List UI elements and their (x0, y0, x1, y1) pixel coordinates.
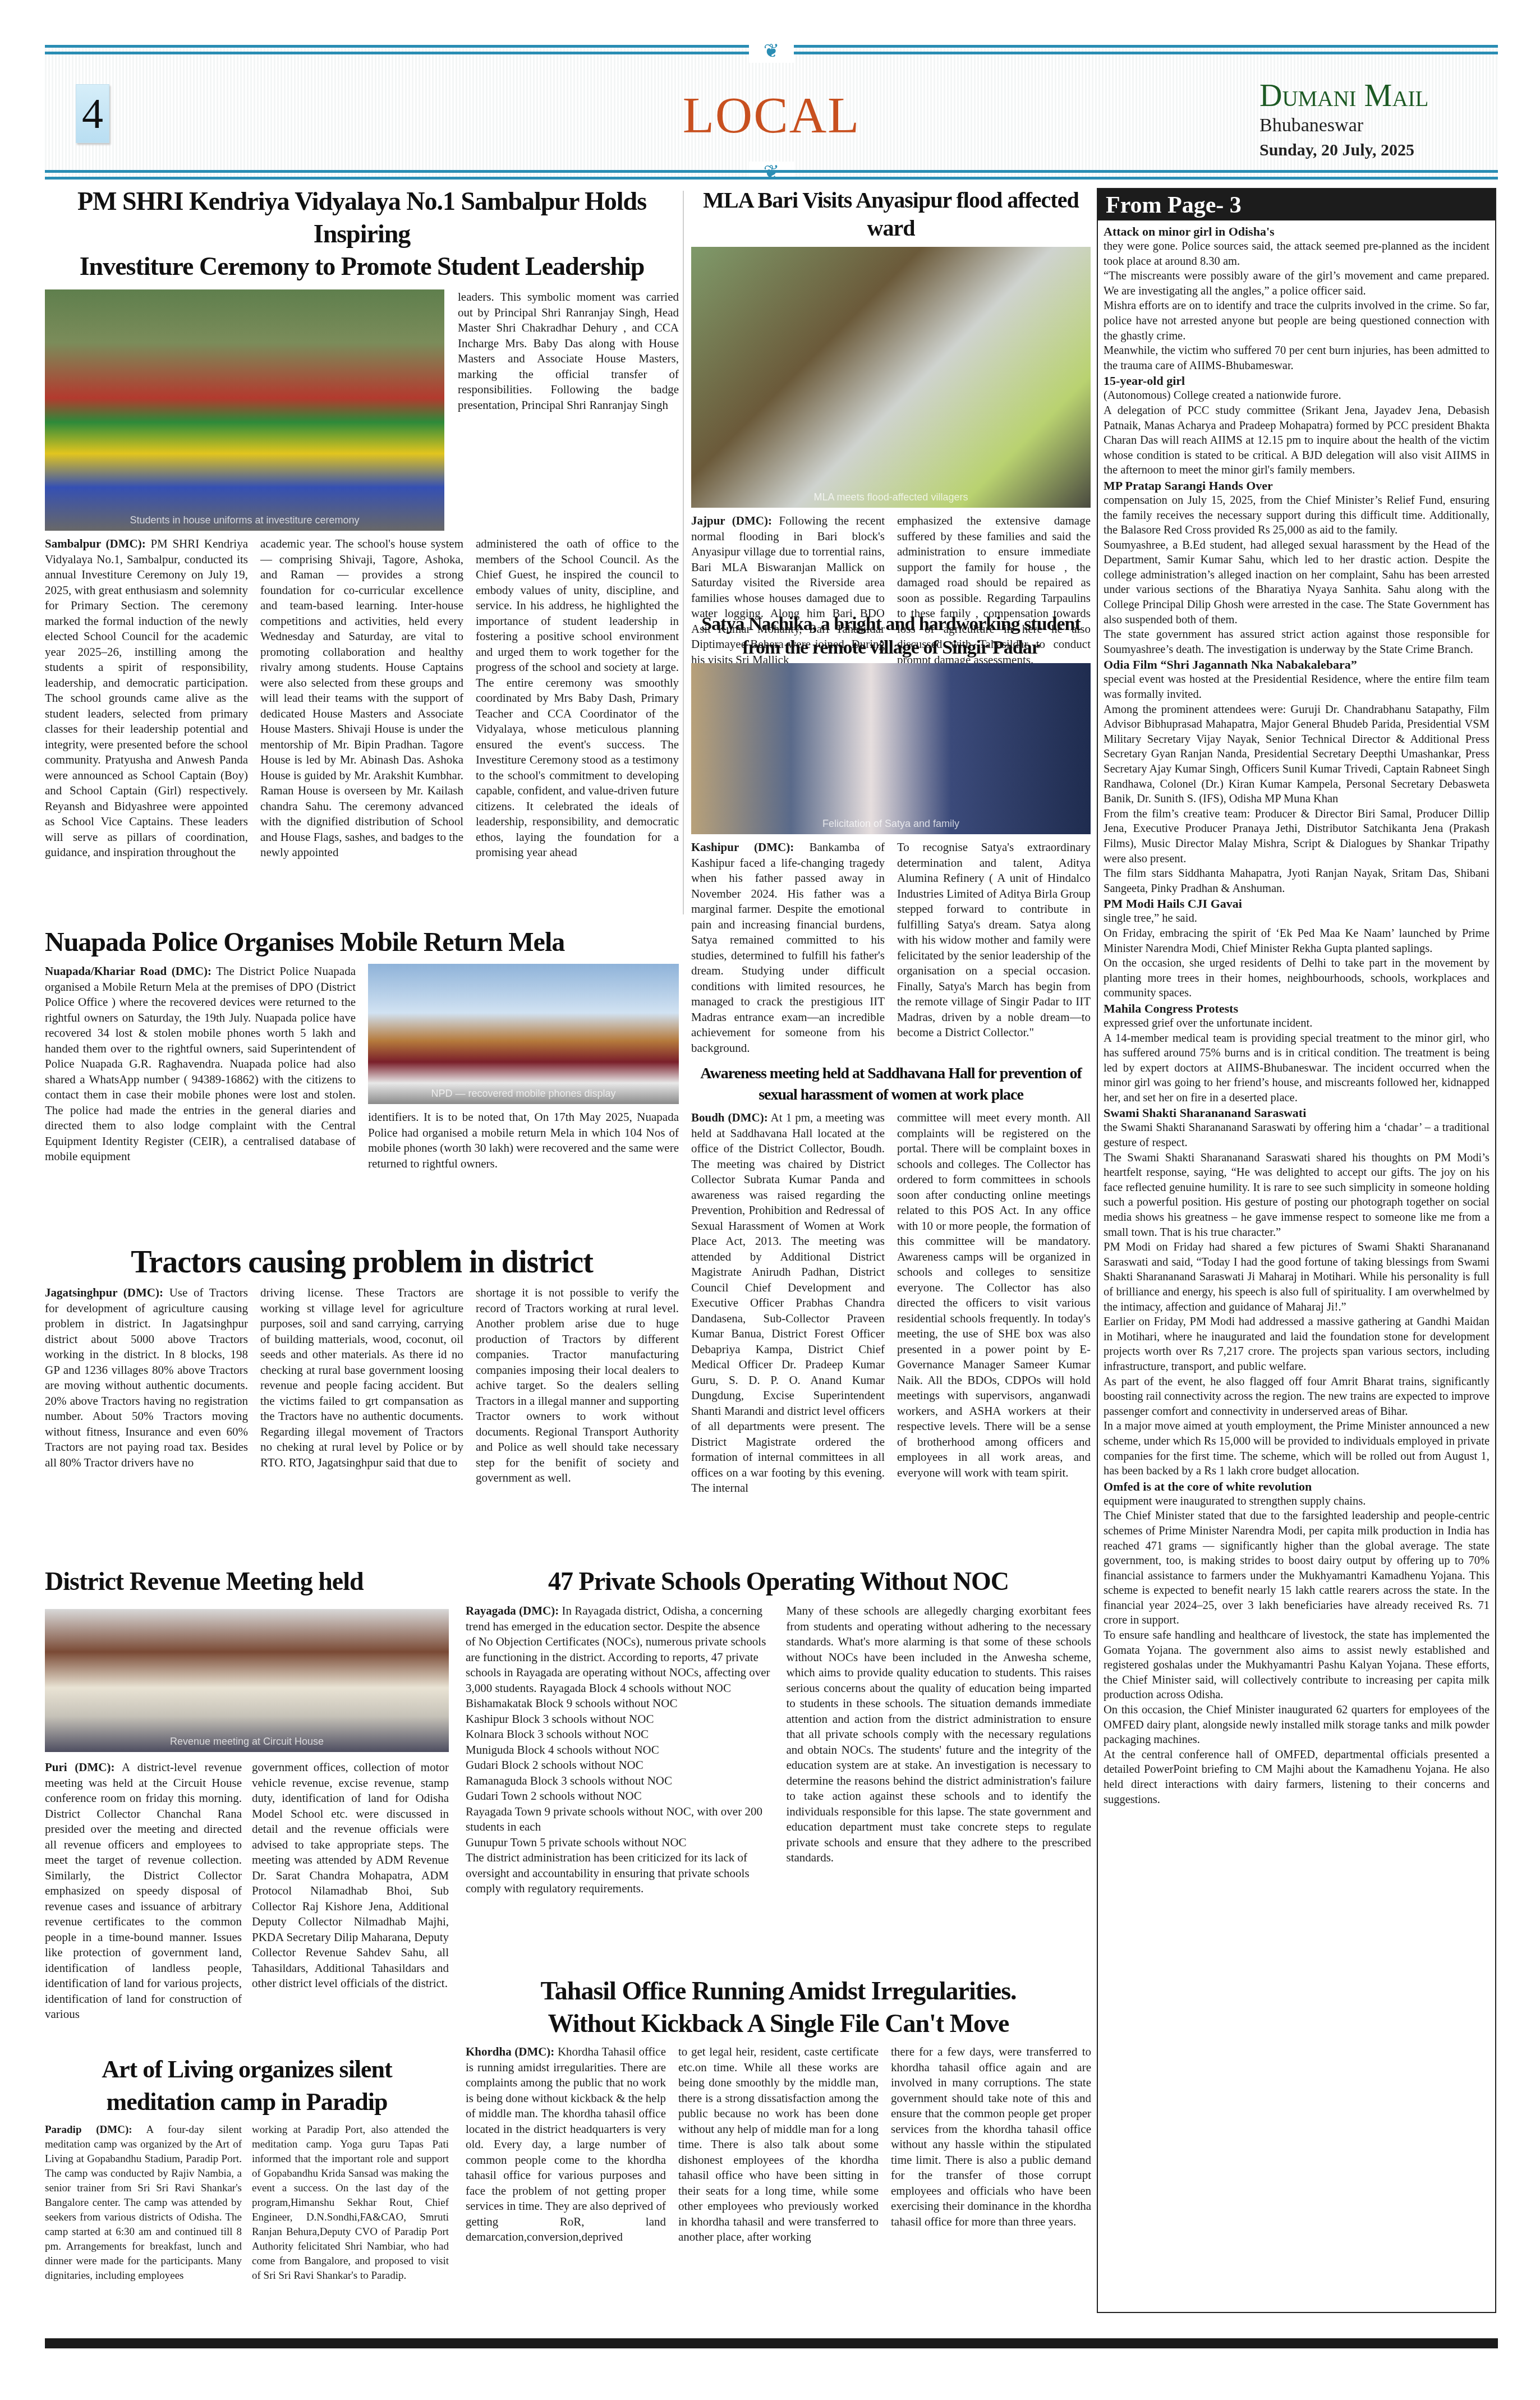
article-column: leaders. This symbolic moment was carrie… (458, 289, 679, 531)
column-divider (683, 191, 684, 914)
article-column: Kashipur (DMC): Bankamba of Kashipur fac… (691, 840, 885, 1056)
body-text: The District Police Nuapada organised a … (45, 964, 356, 1163)
sidebar-paragraph: compensation on July 15, 2025, from the … (1104, 493, 1490, 538)
body-text: In Rayagada district, Odisha, a concerni… (466, 1604, 770, 1710)
article-satya: Satya Nachika, a bright and hardworking … (691, 613, 1091, 1056)
block-list-item: Kolnara Block 3 schools without NOC (466, 1727, 771, 1742)
photo-felicitation: Felicitation of Satya and family (691, 663, 1091, 834)
article-column: government offices, collection of motor … (252, 1760, 449, 2022)
article-column: Sambalpur (DMC): PM SHRI Kendriya Vidyal… (45, 536, 248, 861)
sidebar-paragraph: Earlier on Friday, PM Modi had addressed… (1104, 1314, 1490, 1374)
photo-investiture: Students in house uniforms at investitur… (45, 289, 444, 531)
sidebar-section: Omfed is at the core of white revolution… (1104, 1479, 1490, 1807)
article-column: academic year. The school's house system… (260, 536, 463, 861)
sidebar-paragraph: special event was hosted at the Presiden… (1104, 672, 1490, 702)
bottom-rule (45, 170, 1498, 173)
photo-mobile-mela: NPD — recovered mobile phones display (368, 964, 679, 1104)
article-revenue: District Revenue Meeting held Revenue me… (45, 1565, 449, 2022)
sidebar-paragraph: PM Modi on Friday had shared a few pictu… (1104, 1240, 1490, 1314)
dateline: Khordha (DMC): (466, 2045, 554, 2058)
sidebar-paragraph: they were gone. Police sources said, the… (1104, 239, 1490, 269)
article-column: Nuapada/Khariar Road (DMC): The District… (45, 964, 356, 1171)
sidebar-section: Mahila Congress Protestsexpressed grief … (1104, 1001, 1490, 1106)
headline: MLA Bari Visits Anyasipur flood affected… (691, 186, 1091, 242)
photo-caption: NPD — recovered mobile phones display (368, 1088, 679, 1100)
headline-line: Awareness meeting held at Saddhavana Hal… (700, 1065, 1081, 1082)
block-list-item: Kashipur Block 3 schools without NOC (466, 1712, 771, 1727)
article-column: Khordha (DMC): Khordha Tahasil office is… (466, 2044, 666, 2245)
dateline: Jajpur (DMC): (691, 514, 772, 527)
article-column: there for a few days, were transferred t… (891, 2044, 1091, 2245)
block-list-item: Muniguda Block 4 schools without NOC (466, 1742, 771, 1758)
article-column: Rayagada (DMC): In Rayagada district, Od… (466, 1603, 771, 1897)
headline: Art of Living organizes silent meditatio… (45, 2053, 449, 2118)
sidebar-paragraph: On the occasion, she urged residents of … (1104, 956, 1490, 1001)
sidebar-title: From Page- 3 (1098, 189, 1495, 220)
footer-rule (45, 2338, 1498, 2348)
sidebar-paragraph: The Chief Minister stated that due to th… (1104, 1509, 1490, 1628)
body-text: Khordha Tahasil office is running amidst… (466, 2045, 666, 2243)
headline-line: PM SHRI Kendriya Vidyalaya No.1 Sambalpu… (77, 187, 646, 248)
block-list-item: Gudari Block 2 schools without NOC (466, 1758, 771, 1773)
article-column: To recognise Satya's extraordinary deter… (897, 840, 1091, 1056)
article-tahasil: Tahasil Office Running Amidst Irregulari… (466, 1975, 1091, 2245)
sidebar-paragraph: Among the prominent attendees were: Guru… (1104, 702, 1490, 807)
block-list-item: Gudari Town 2 schools without NOC (466, 1788, 771, 1804)
sidebar-subheading: 15-year-old girl (1104, 373, 1490, 388)
sidebar-paragraph: The film stars Siddhanta Mahapatra, Jyot… (1104, 866, 1490, 896)
dateline: Jagatsinghpur (DMC): (45, 1286, 163, 1299)
article-column: driving license. These Tractors are work… (260, 1285, 463, 1486)
photo-caption: Students in house uniforms at investitur… (45, 514, 444, 526)
headline: Tractors causing problem in district (45, 1243, 679, 1282)
sidebar-section: 15-year-old girl(Autonomous) College cre… (1104, 373, 1490, 478)
dateline: Puri (DMC): (45, 1760, 115, 1774)
article-column: Puri (DMC): A district-level revenue mee… (45, 1760, 242, 2022)
dateline: Nuapada/Khariar Road (DMC): (45, 964, 212, 978)
bottom-rule (45, 177, 1498, 180)
dateline: Rayagada (DMC): (466, 1604, 559, 1617)
headline-line: Satya Nachika, a bright and hardworking … (701, 614, 1081, 635)
from-page-3-sidebar: From Page- 3 Attack on minor girl in Odi… (1097, 188, 1496, 2313)
article-awareness: Awareness meeting held at Saddhavana Hal… (691, 1063, 1091, 1496)
sidebar-paragraph: “The miscreants were possibly aware of t… (1104, 269, 1490, 298)
sidebar-subheading: MP Pratap Sarangi Hands Over (1104, 478, 1490, 493)
brand-block: Dumani Mail Bhubaneswar Sunday, 20 July,… (1259, 79, 1456, 163)
headline: PM SHRI Kendriya Vidyalaya No.1 Sambalpu… (45, 185, 679, 283)
sidebar-subheading: Mahila Congress Protests (1104, 1001, 1490, 1016)
article-column: identifiers. It is to be noted that, On … (368, 1110, 679, 1171)
headline-line: Art of Living organizes silent (102, 2056, 392, 2083)
photo-flood-visit: MLA meets flood-affected villagers (691, 247, 1091, 508)
brand-name: Dumani Mail (1259, 79, 1456, 113)
body-text: Bankamba of Kashipur faced a life-changi… (691, 840, 885, 1055)
sidebar-paragraph: single tree,” he said. (1104, 911, 1490, 926)
body-text: A district-level revenue meeting was hel… (45, 1760, 242, 2021)
sidebar-paragraph: (Autonomous) College created a nationwid… (1104, 388, 1490, 403)
sidebar-subheading: Odia Film “Shri Jagannath Nka Nabakaleba… (1104, 657, 1490, 672)
sidebar-section: Odia Film “Shri Jagannath Nka Nabakaleba… (1104, 657, 1490, 896)
photo-revenue-meeting: Revenue meeting at Circuit House (45, 1609, 449, 1752)
headline: Tahasil Office Running Amidst Irregulari… (466, 1975, 1091, 2040)
issue-date: Sunday, 20 July, 2025 (1259, 138, 1456, 163)
sidebar-section: MP Pratap Sarangi Hands Overcompensation… (1104, 478, 1490, 658)
sidebar-paragraph: As part of the event, he also flagged of… (1104, 1374, 1490, 1419)
headline-line: sexual harassment of women at work place (758, 1086, 1023, 1104)
sidebar-paragraph: On Friday, embracing the spirit of ‘Ek P… (1104, 926, 1490, 956)
article-column: shortage it is not possible to verify th… (476, 1285, 679, 1486)
sidebar-paragraph: To ensure safe handling and healthcare o… (1104, 1628, 1490, 1703)
headline-line: Without Kickback A Single File Can't Mov… (548, 2009, 1009, 2038)
ornament-icon: ❦ (749, 40, 794, 63)
headline: Nuapada Police Organises Mobile Return M… (45, 926, 679, 959)
sidebar-paragraph: equipment were inaugurated to strengthen… (1104, 1494, 1490, 1509)
body-text: A four-day silent meditation camp was or… (45, 2124, 242, 2282)
article-mla-bari: MLA Bari Visits Anyasipur flood affected… (691, 186, 1091, 668)
sidebar-subheading: Attack on minor girl in Odisha's (1104, 224, 1490, 239)
sidebar-paragraph: expressed grief over the unfortunate inc… (1104, 1016, 1490, 1031)
ornament-icon: ❦ (749, 162, 794, 184)
block-list-item: Gunupur Town 5 private schools without N… (466, 1835, 771, 1851)
article-column: Boudh (DMC): At 1 pm, a meeting was held… (691, 1110, 885, 1496)
dateline: Sambalpur (DMC): (45, 537, 146, 550)
block-list-item: Ramanaguda Block 3 schools without NOC (466, 1773, 771, 1789)
dateline: Kashipur (DMC): (691, 840, 794, 854)
sidebar-section: Attack on minor girl in Odisha'sthey wer… (1104, 224, 1490, 373)
headline: 47 Private Schools Operating Without NOC (466, 1565, 1091, 1598)
article-art-of-living: Art of Living organizes silent meditatio… (45, 2053, 449, 2283)
headline-line: meditation camp in Paradip (107, 2088, 388, 2116)
article-column: Jagatsinghpur (DMC): Use of Tractors for… (45, 1285, 248, 1486)
sidebar-paragraph: On this occasion, the Chief Minister ina… (1104, 1703, 1490, 1748)
sidebar-paragraph: A 14-member medical team is providing sp… (1104, 1031, 1490, 1106)
article-tractors: Tractors causing problem in district Jag… (45, 1243, 679, 1486)
article-column: administered the oath of office to the m… (476, 536, 679, 861)
body-text: The district administration has been cri… (466, 1850, 771, 1897)
photo-caption: Felicitation of Satya and family (691, 818, 1091, 830)
brand-city: Bhubaneswar (1259, 113, 1456, 138)
sidebar-paragraph: The state government has assured strict … (1104, 627, 1490, 657)
photo-caption: Revenue meeting at Circuit House (45, 1736, 449, 1748)
block-list-item: Rayagada Town 9 private schools without … (466, 1804, 771, 1835)
masthead: ❦ 4 LOCAL Dumani Mail Bhubaneswar Sunday… (45, 45, 1498, 180)
sidebar-paragraph: Soumyashree, a B.Ed student, had alleged… (1104, 538, 1490, 628)
headline-line: from the remote village of Singir Padar (742, 637, 1039, 658)
dateline: Boudh (DMC): (691, 1111, 768, 1124)
photo-caption: MLA meets flood-affected villagers (691, 491, 1091, 503)
article-column: committee will meet every month. All com… (897, 1110, 1091, 1496)
sidebar-paragraph: A delegation of PCC study committee (Sri… (1104, 403, 1490, 478)
sidebar-paragraph: Meanwhile, the victim who suffered 70 pe… (1104, 343, 1490, 373)
headline-line: Investiture Ceremony to Promote Student … (80, 252, 645, 281)
sidebar-paragraph: Mishra efforts are on to identify and tr… (1104, 298, 1490, 343)
body-text: At 1 pm, a meeting was held at Saddhavan… (691, 1111, 885, 1495)
article-column: working at Paradip Port, also attended t… (252, 2123, 449, 2283)
sidebar-section: PM Modi Hails CJI Gavaisingle tree,” he … (1104, 896, 1490, 1001)
article-column: Many of these schools are allegedly char… (787, 1603, 1092, 1897)
headline-line: Tahasil Office Running Amidst Irregulari… (540, 1976, 1016, 2005)
sidebar-paragraph: From the film’s creative team: Producer … (1104, 807, 1490, 866)
sidebar-paragraph: the Swami Shakti Sharananand Saraswati b… (1104, 1120, 1490, 1150)
sidebar-section: Swami Shakti Sharananand Saraswatithe Sw… (1104, 1105, 1490, 1478)
article-column: Paradip (DMC): A four-day silent meditat… (45, 2123, 242, 2283)
article-nuapada: Nuapada Police Organises Mobile Return M… (45, 926, 679, 1171)
body-text: Use of Tractors for development of agric… (45, 1286, 248, 1469)
sidebar-paragraph: In a major move aimed at youth employmen… (1104, 1419, 1490, 1478)
body-text: PM SHRI Kendriya Vidyalaya No.1, Sambalp… (45, 537, 248, 859)
dateline: Paradip (DMC): (45, 2124, 132, 2136)
headline: Satya Nachika, a bright and hardworking … (691, 613, 1091, 660)
sidebar-subheading: Swami Shakti Sharananand Saraswati (1104, 1105, 1490, 1120)
article-schools: 47 Private Schools Operating Without NOC… (466, 1565, 1091, 1897)
headline: District Revenue Meeting held (45, 1565, 449, 1598)
sidebar-subheading: Omfed is at the core of white revolution (1104, 1479, 1490, 1494)
sidebar-body: Attack on minor girl in Odisha'sthey wer… (1098, 220, 1495, 1810)
article-column: to get legal heir, resident, caste certi… (678, 2044, 879, 2245)
sidebar-paragraph: The Swami Shakti Sharananand Saraswati s… (1104, 1151, 1490, 1240)
article-kv-sambalpur: PM SHRI Kendriya Vidyalaya No.1 Sambalpu… (45, 185, 679, 861)
sidebar-paragraph: At the central conference hall of OMFED,… (1104, 1748, 1490, 1807)
headline: Awareness meeting held at Saddhavana Hal… (691, 1063, 1091, 1106)
sidebar-subheading: PM Modi Hails CJI Gavai (1104, 896, 1490, 911)
